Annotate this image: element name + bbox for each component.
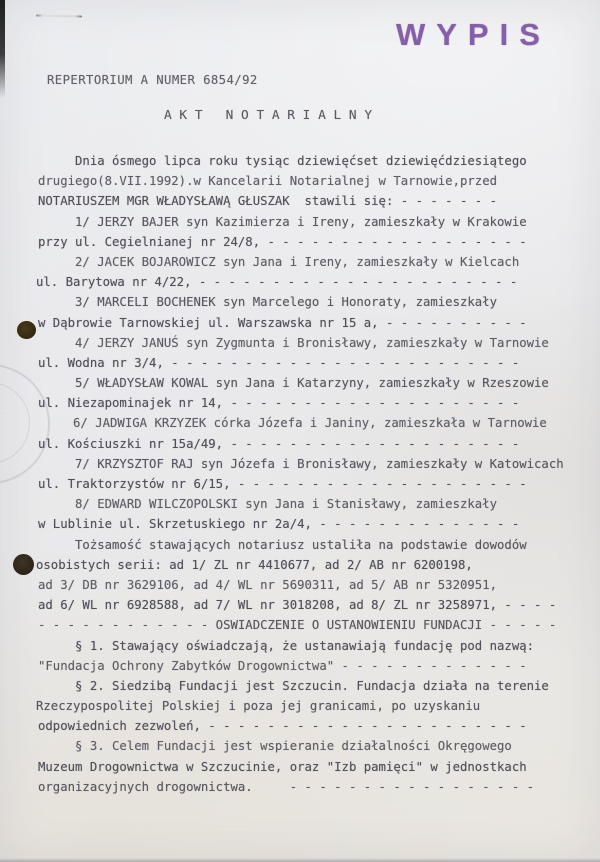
- document-line: "Fundacja Ochrony Zabytków Drogownictwa"…: [38, 656, 586, 676]
- document-line: przy ul. Cegielnianej nr 24/8, - - - - -…: [38, 232, 586, 252]
- document-line: ad 3/ DB nr 3629106, ad 4/ WL nr 5690311…: [38, 575, 586, 595]
- document-line: drugiego(8.VII.1992).w Kancelarii Notari…: [38, 171, 586, 191]
- document-line: ul. Niezapominajek nr 14, - - - - - - - …: [38, 393, 586, 413]
- hole-punch-top: [17, 321, 36, 339]
- document-line: § 1. Stawający oświadczają, że ustanawia…: [38, 636, 586, 656]
- document-line: odpowiednich zezwoleń, - - - - - - - - -…: [38, 716, 586, 736]
- document-line: w Lublinie ul. Skrzetuskiego nr 2a/4, - …: [38, 514, 586, 534]
- document-line: Rzeczypospolitej Polskiej i poza jej gra…: [36, 696, 584, 716]
- document-body: Dnia ósmego lipca roku tysiąc dziewięćse…: [38, 151, 586, 797]
- document-line: § 3. Celem Fundacji jest wspieranie dzia…: [38, 736, 586, 756]
- document-line: 1/ JERZY BAJER syn Kazimierza i Ireny, z…: [38, 212, 586, 232]
- document-line: ul. Kościuszki nr 15a/49, - - - - - - - …: [38, 434, 586, 454]
- document-line: 7/ KRZYSZTOF RAJ syn Józefa i Bronisławy…: [38, 454, 586, 474]
- scanned-notarial-document-page: WYPIS REPERTORIUM A NUMER 6854/92 A K T …: [0, 0, 600, 862]
- document-line: ul. Wodna nr 3/4, - - - - - - - - - - - …: [38, 353, 586, 373]
- document-line: 2/ JACEK BOJAROWICZ syn Jana i Ireny, za…: [38, 252, 586, 272]
- document-line: Muzeum Drogownictwa w Szczucinie, oraz "…: [38, 757, 586, 777]
- document-line: 6/ JADWIGA KRZYZEK córka Józefa i Janiny…: [36, 413, 584, 433]
- document-line: Tożsamość stawających notariusz ustaliła…: [38, 535, 586, 555]
- document-line: 4/ JERZY JANUŚ syn Zygmunta i Bronisławy…: [38, 333, 586, 353]
- document-line: osobistych serii: ad 1/ ZL nr 4410677, a…: [36, 555, 584, 575]
- document-line: organizacyjnych drogownictwa. - - - - - …: [38, 777, 586, 797]
- wypis-ink-stamp: WYPIS: [396, 17, 551, 53]
- document-line: ad 6/ WL nr 6928588, ad 7/ WL nr 3018208…: [38, 595, 586, 615]
- document-line: - - - - - - - - - - - - OSWIADCZENIE O U…: [38, 615, 586, 635]
- document-line: w Dąbrowie Tarnowskiej ul. Warszawska nr…: [38, 313, 586, 333]
- document-line: 5/ WŁADYSŁAW KOWAL syn Jana i Katarzyny,…: [38, 373, 586, 393]
- document-title: A K T N O T A R I A L N Y: [164, 108, 372, 123]
- scan-edge-shadow-left: [0, 0, 5, 98]
- document-line: 8/ EDWARD WILCZOPOLSKI syn Jana i Stanis…: [38, 494, 586, 514]
- repertorium-number: REPERTORIUM A NUMER 6854/92: [47, 73, 258, 87]
- document-line: 3/ MARCELI BOCHENEK syn Marcelego i Hono…: [38, 292, 586, 312]
- document-line: Dnia ósmego lipca roku tysiąc dziewięćse…: [38, 151, 586, 171]
- hole-punch-bottom: [13, 554, 34, 575]
- document-line: ul. Traktorzystów nr 6/15, - - - - - - -…: [38, 474, 586, 494]
- document-line: ul. Barytowa nr 4/22, - - - - - - - - - …: [36, 272, 584, 292]
- scan-edge-shadow-bottom: [0, 858, 600, 862]
- document-line: NOTARIUSZEM MGR WŁADYSŁAWĄ GŁUSZAK stawi…: [38, 191, 586, 211]
- scratch-mark: [36, 15, 82, 18]
- document-line: § 2. Siedzibą Fundacji jest Szczucin. Fu…: [38, 676, 586, 696]
